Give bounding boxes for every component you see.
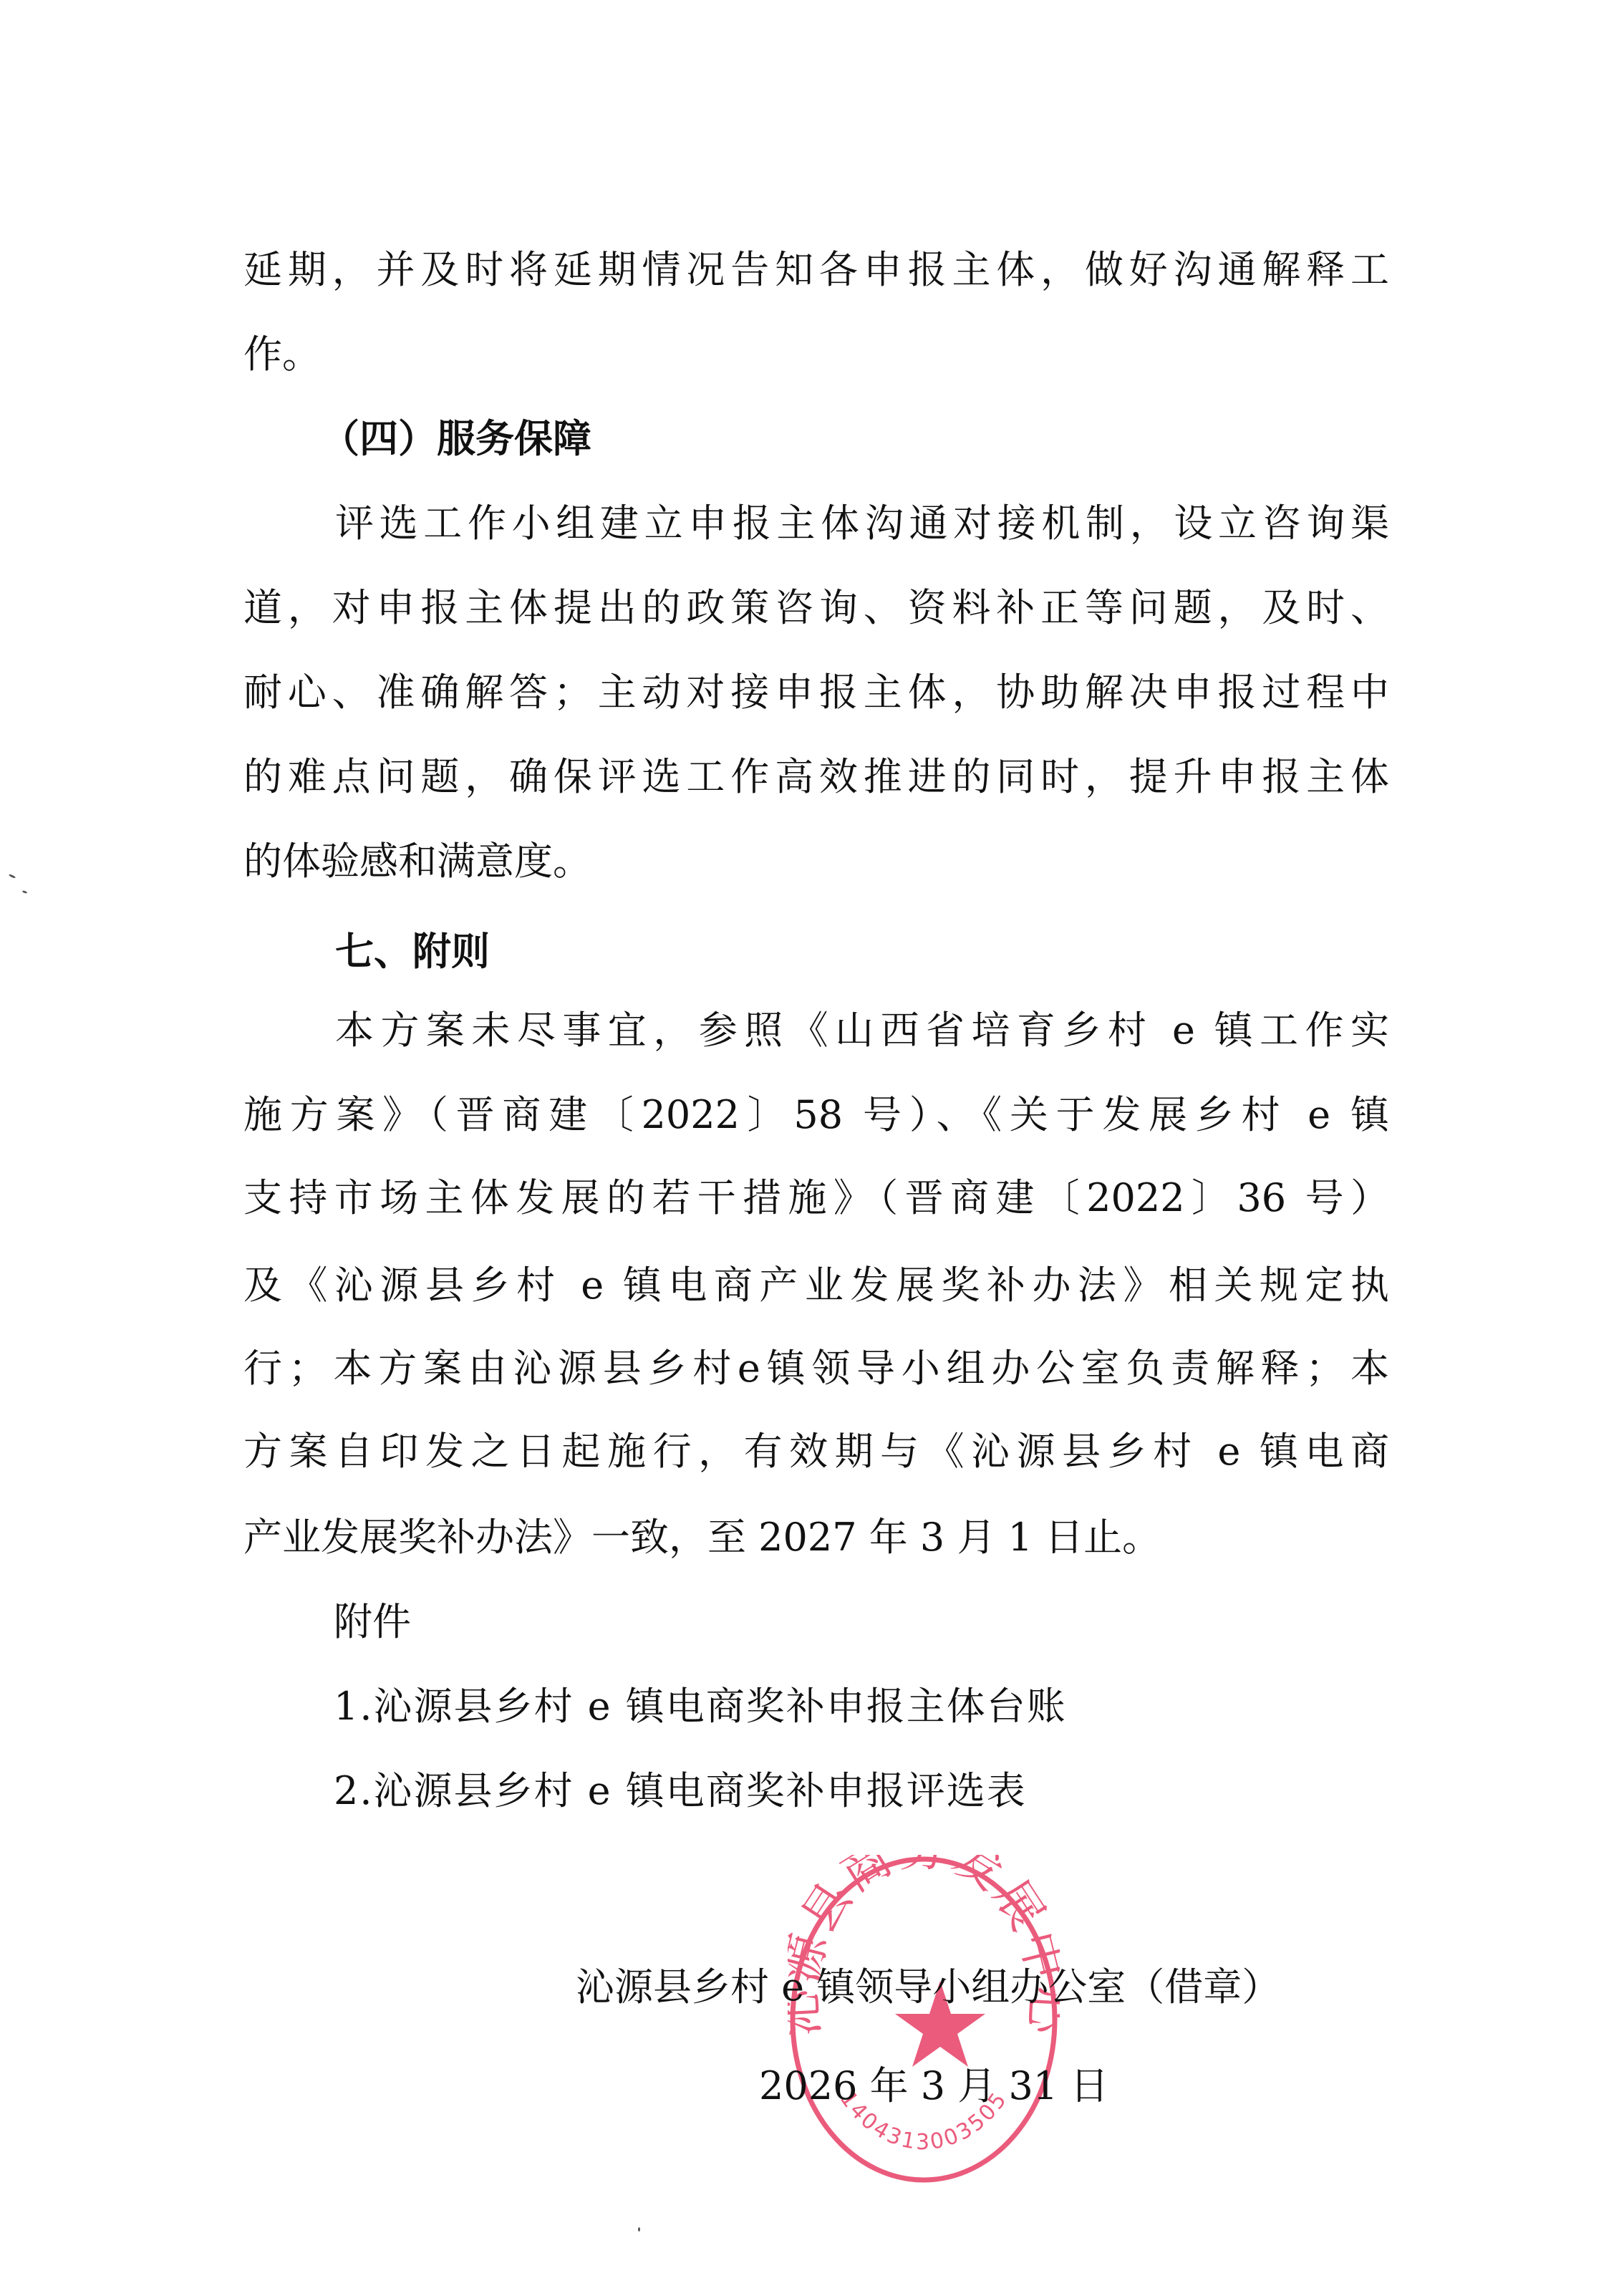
issuer-signature: 沁源县乡村 e 镇领导小组办公室（借章） [576, 1955, 1280, 2020]
scan-speck [9, 874, 16, 879]
paragraph-line: 本方案未尽事宜，参照《山西省培育乡村 e 镇工作实 [335, 988, 1389, 1073]
paragraph-line: 耐心、准确解答；主动对接申报主体，协助解决申报过程中 [243, 650, 1389, 735]
scan-speck [22, 890, 28, 894]
paragraph-line: 评选工作小组建立申报主体沟通对接机制，设立咨询渠 [335, 481, 1389, 566]
paragraph-line: 及《沁源县乡村 e 镇电商产业发展奖补办法》相关规定执 [243, 1243, 1389, 1328]
paragraph-line: 行；本方案由沁源县乡村e镇领导小组办公室负责解释；本 [243, 1326, 1389, 1411]
paragraph-line: 道，对申报主体提出的政策咨询、资料补正等问题，及时、 [243, 566, 1389, 650]
paragraph-line: 作。 [243, 312, 1389, 397]
paragraph-line: 施方案》（晋商建〔2022〕58 号）、《关于发展乡村 e 镇 [243, 1073, 1389, 1157]
section-heading-supplementary: 七、附则 [335, 910, 490, 994]
attachment-item: 1.沁源县乡村 e 镇电商奖补申报主体台账 [334, 1664, 1067, 1749]
paragraph-line: 的体验感和满意度。 [243, 819, 1389, 904]
attachments-title: 附件 [334, 1580, 411, 1664]
document-page: 延期，并及时将延期情况告知各申报主体，做好沟通解释工 作。 （四）服务保障 评选… [0, 0, 1624, 2296]
paragraph-line: 产业发展奖补办法》一致，至 2027 年 3 月 1 日止。 [243, 1495, 1389, 1580]
scan-speck [638, 2227, 640, 2232]
paragraph-line: 延期，并及时将延期情况告知各申报主体，做好沟通解释工 [243, 228, 1389, 312]
paragraph-line: 方案自印发之日起施行，有效期与《沁源县乡村 e 镇电商 [243, 1409, 1389, 1494]
section-heading-service: （四）服务保障 [321, 397, 591, 481]
official-seal-icon: 沁源县商务发展中心 1404313003505 [788, 1855, 1060, 2184]
paragraph-line: 的难点问题，确保评选工作高效推进的同时，提升申报主体 [243, 735, 1389, 819]
paragraph-line: 支持市场主体发展的若干措施》（晋商建〔2022〕36 号） [243, 1156, 1389, 1240]
issue-date: 2026 年 3 月 31 日 [759, 2054, 1108, 2118]
attachment-item: 2.沁源县乡村 e 镇电商奖补申报评选表 [334, 1749, 1027, 1833]
